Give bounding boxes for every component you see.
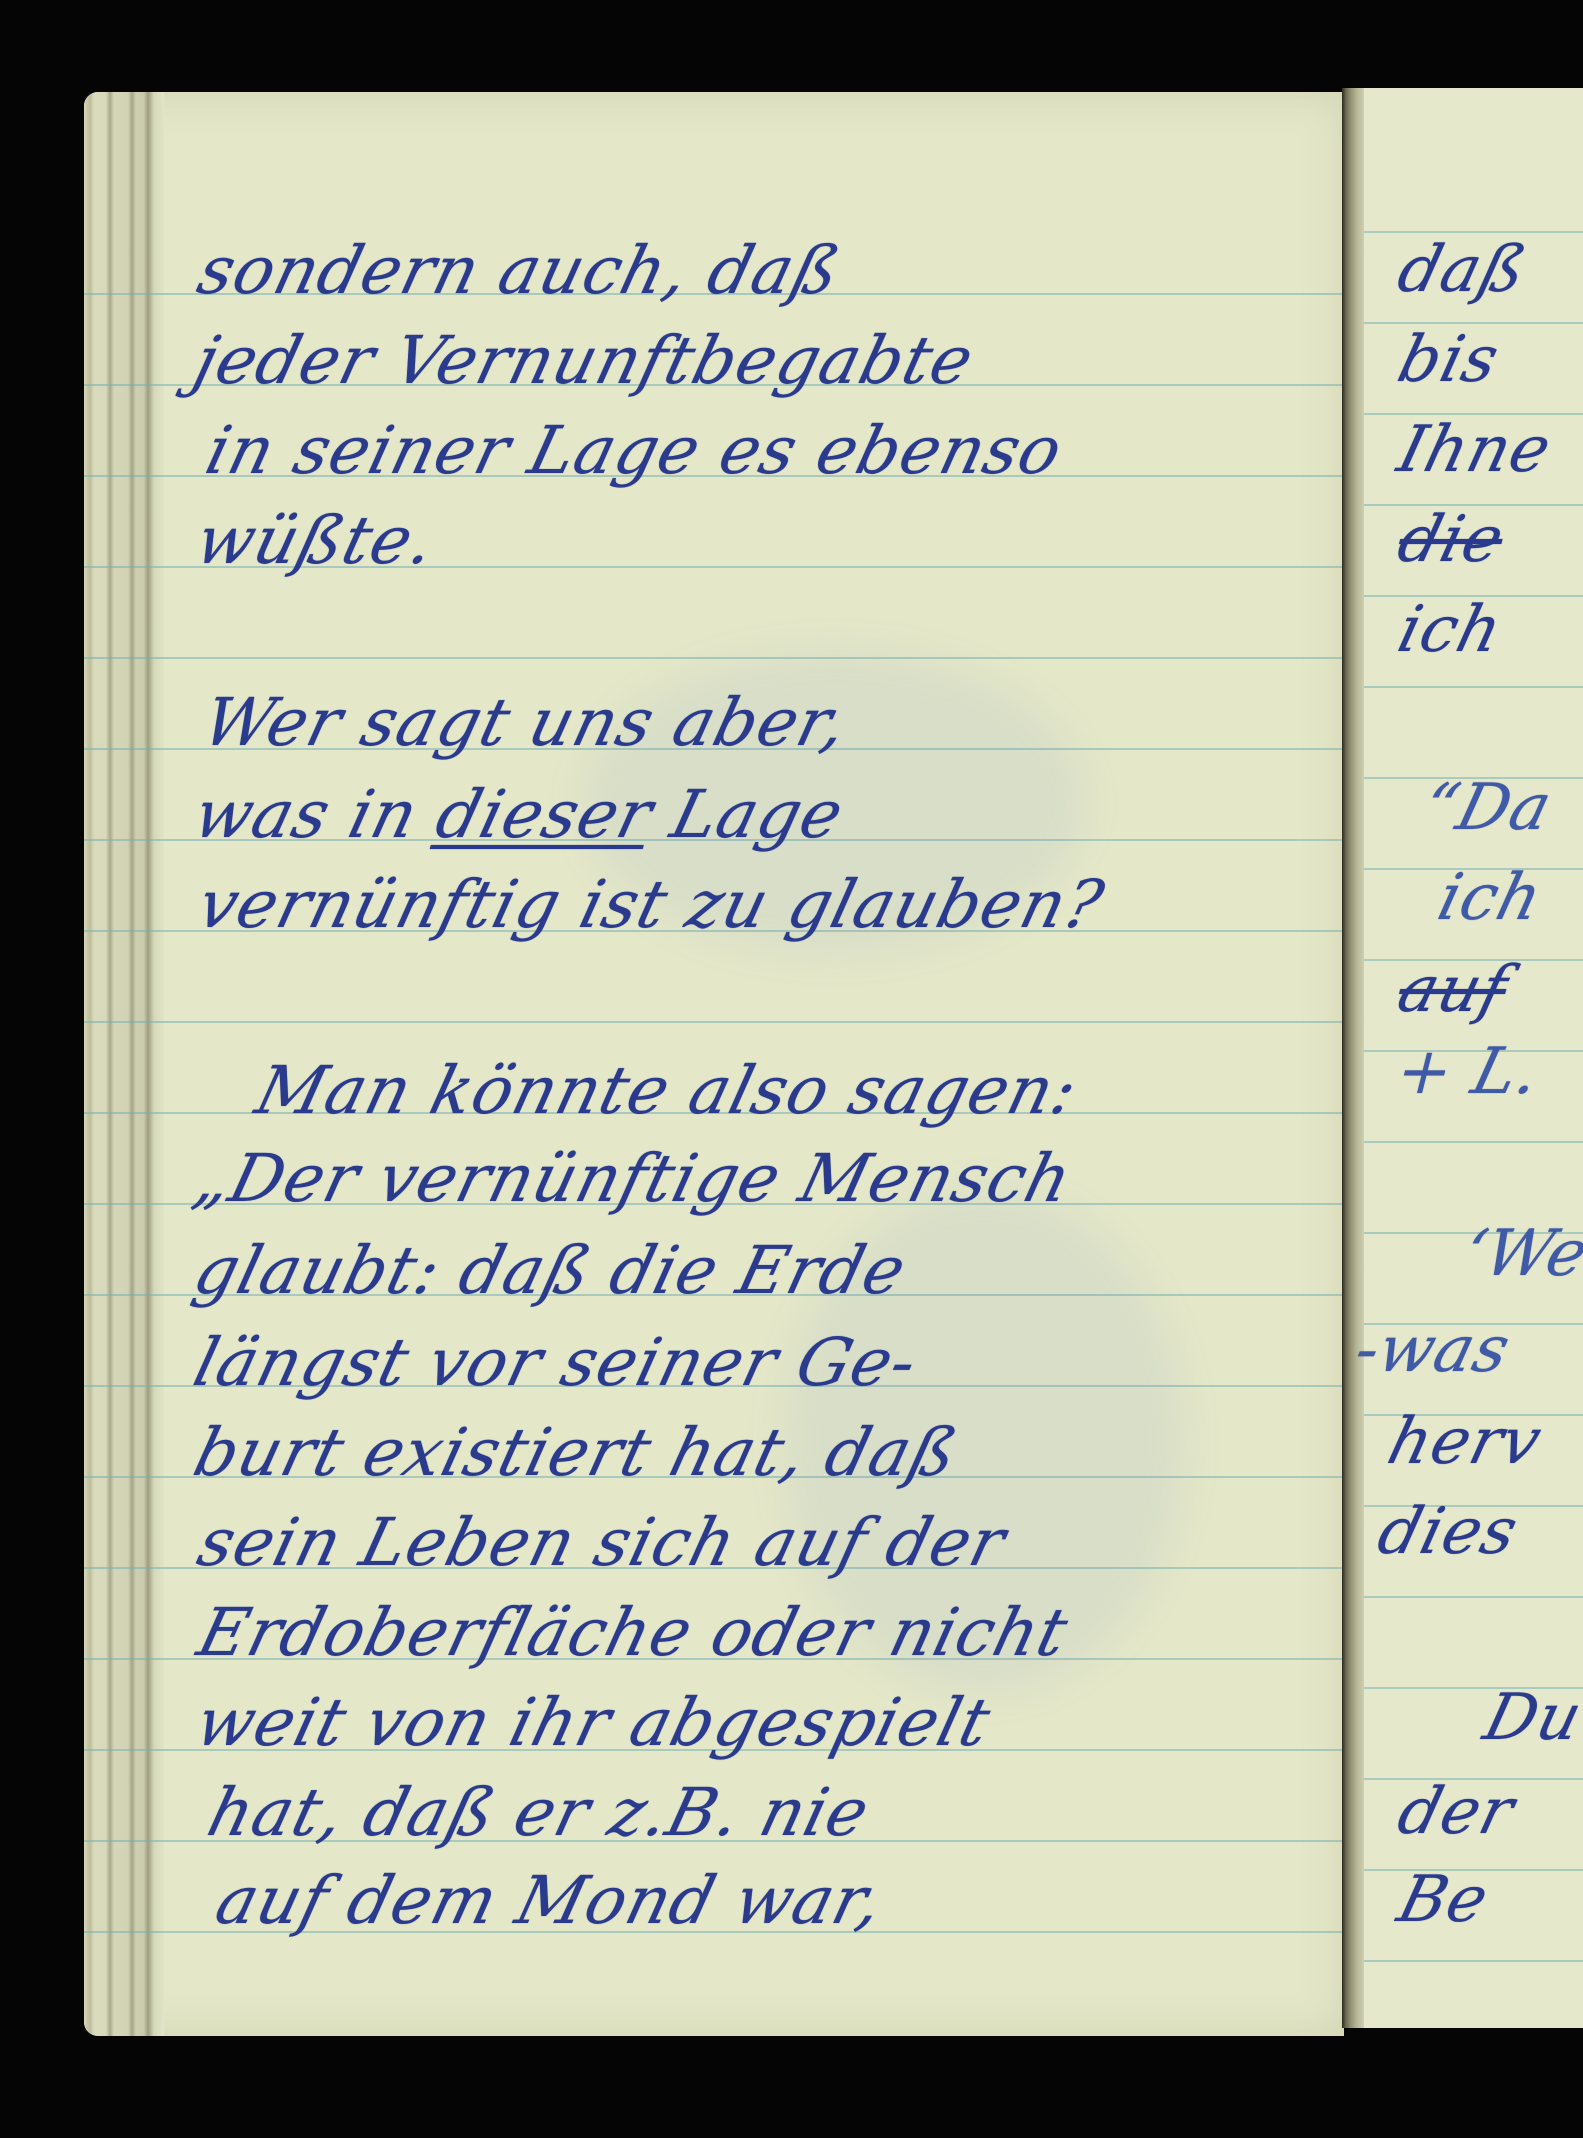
handwritten-line: wüßte. [190, 508, 442, 574]
handwritten-line: burt existiert hat, daß [188, 1420, 964, 1486]
handwritten-line: längst vor seiner Ge- [188, 1330, 924, 1396]
handwritten-fragment: dies [1372, 1500, 1524, 1564]
gutter [1342, 88, 1364, 2028]
word: was in [187, 776, 448, 853]
handwritten-fragment: ich [1432, 866, 1548, 930]
handwritten-fragment: + L. [1390, 1040, 1547, 1104]
notebook-spread: sondern auch, daß jeder Vernunftbegabte … [0, 0, 1583, 2138]
handwritten-line: sondern auch, daß [192, 238, 847, 304]
handwritten-line: „Der vernünftige Mensch [188, 1146, 1078, 1212]
handwritten-line: Man könnte also sagen: [250, 1058, 1084, 1124]
handwritten-line: glaubt: daß die Erde [188, 1238, 913, 1304]
handwritten-fragment: Be [1392, 1868, 1495, 1932]
handwritten-fragment: ich [1392, 598, 1508, 662]
word: Lage [642, 776, 852, 853]
handwritten-fragment: herv [1382, 1410, 1548, 1474]
handwritten-line: weit von ihr abgespielt [190, 1690, 997, 1756]
handwritten-line: auf dem Mond war, [210, 1868, 890, 1934]
handwritten-fragment: daß [1392, 238, 1533, 302]
handwritten-line: hat, daß er z.B. nie [202, 1780, 876, 1846]
handwritten-fragment: der [1392, 1780, 1520, 1844]
handwritten-line: Erdoberfläche oder nicht [192, 1600, 1075, 1666]
handwritten-fragment: Du [1478, 1686, 1583, 1750]
handwritten-line: Wer sagt uns aber, [197, 690, 854, 756]
handwritten-fragment: bis [1392, 328, 1505, 392]
handwritten-fragment: “Da [1417, 776, 1558, 840]
handwritten-line: sein Leben sich auf der [192, 1510, 1012, 1576]
handwritten-fragment: Ihne [1392, 418, 1558, 482]
handwritten-line: vernünftig ist zu glauben? [192, 872, 1110, 938]
handwritten-line: jeder Vernunftbegabte [188, 328, 980, 394]
struck-fragment: auf [1392, 958, 1514, 1022]
handwritten-fragment: -was [1349, 1318, 1516, 1382]
struck-fragment: die [1392, 508, 1510, 572]
handwritten-line: in seiner Lage es ebenso [200, 418, 1069, 484]
underlined-word: dieser [429, 776, 661, 853]
handwritten-line: was in dieser Lage [188, 782, 850, 848]
handwritten-fragment: ‘We [1457, 1222, 1583, 1286]
